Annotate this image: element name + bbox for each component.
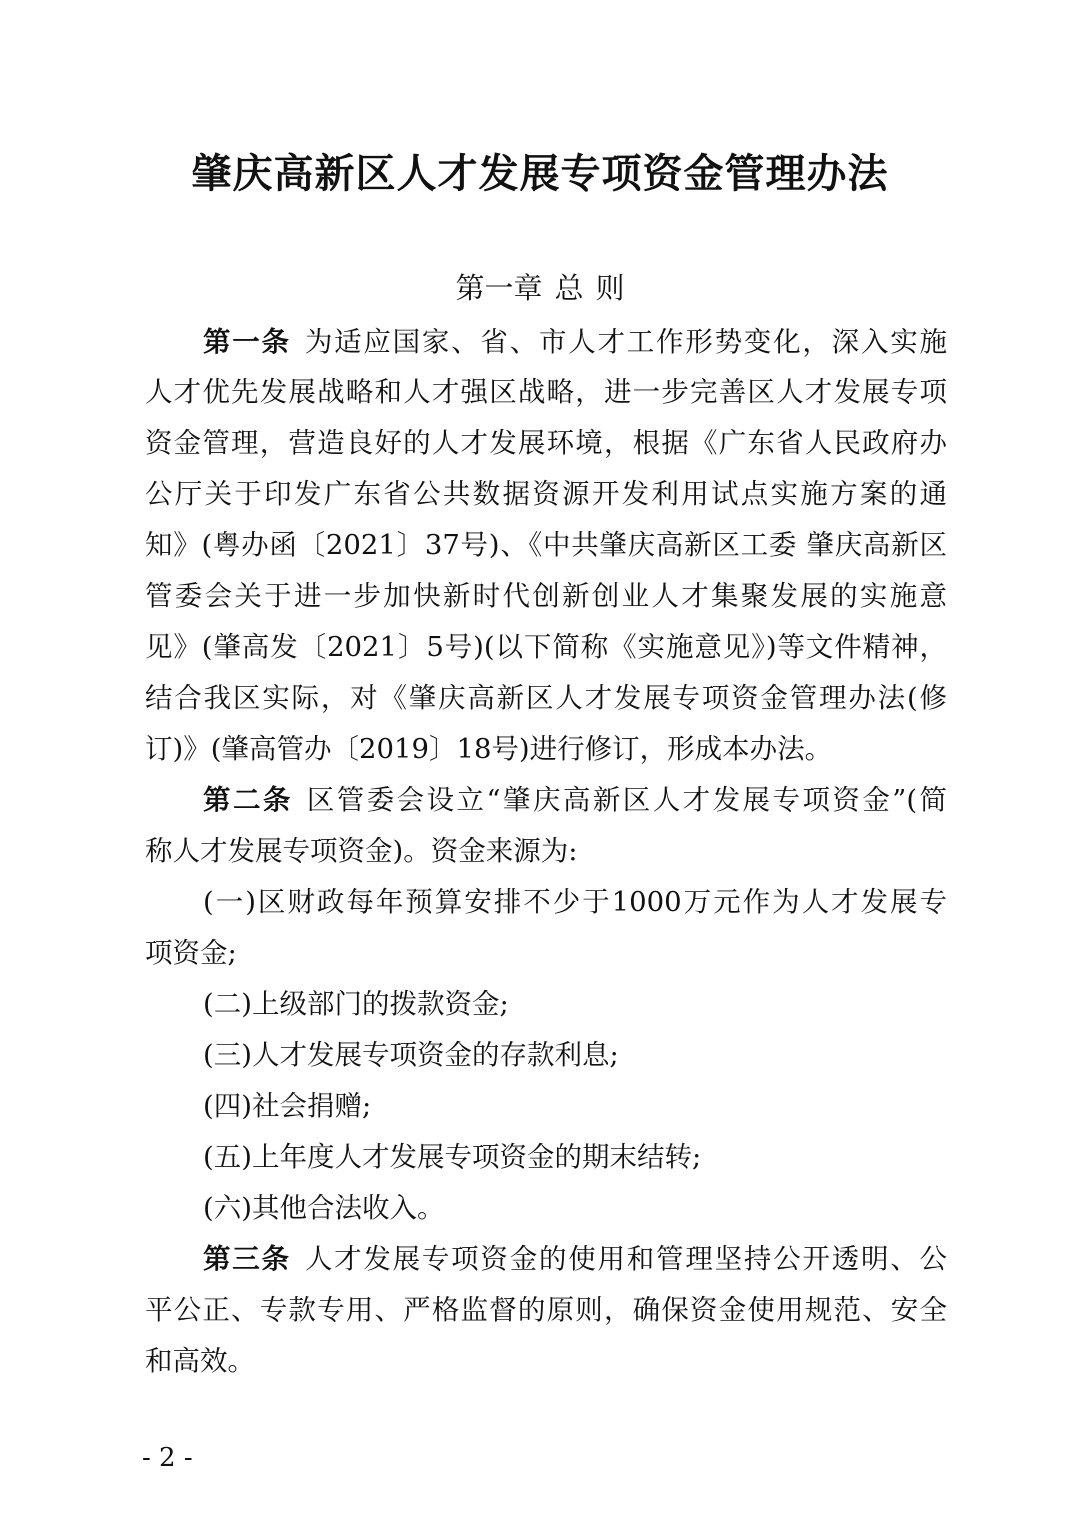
fund-source-item-4: (四)社会捐赠; <box>203 1086 947 1126</box>
article-2-line-2: 称人才发展专项资金)。资金来源为: <box>145 831 947 871</box>
article-3-line-2: 平公正、专款专用、严格监督的原则，确保资金使用规范、安全 <box>145 1290 947 1330</box>
fund-source-item-2: (二)上级部门的拨款资金; <box>203 984 947 1024</box>
article-1-line-7: 见》(肇高发〔2021〕5号)(以下简称《实施意见》)等文件精神， <box>145 627 947 667</box>
article-text: 区管委会设立“肇庆高新区人才发展专项资金”(简 <box>307 784 947 816</box>
fund-source-item-3: (三)人才发展专项资金的存款利息; <box>203 1035 947 1075</box>
article-text: 人才发展专项资金的使用和管理坚持公开透明、公 <box>305 1243 947 1275</box>
article-1-label: 第一条 <box>203 326 291 358</box>
article-3-label: 第三条 <box>203 1243 291 1275</box>
fund-source-item-5: (五)上年度人才发展专项资金的期末结转; <box>203 1137 947 1177</box>
article-2-line-1: 第二条区管委会设立“肇庆高新区人才发展专项资金”(简 <box>203 780 947 820</box>
article-1-line-2: 人才优先发展战略和人才强区战略，进一步完善区人才发展专项 <box>145 372 947 412</box>
article-1-line-4: 公厅关于印发广东省公共数据资源开发利用试点实施方案的通 <box>145 474 947 514</box>
chapter-label: 第一章 <box>455 271 542 305</box>
article-1-line-1: 第一条为适应国家、省、市人才工作形势变化，深入实施 <box>203 322 947 362</box>
article-1-line-5: 知》(粤办函〔2021〕37号)、《中共肇庆高新区工委 肇庆高新区 <box>145 525 947 565</box>
fund-source-item-6: (六)其他合法收入。 <box>203 1188 947 1228</box>
article-1-line-6: 管委会关于进一步加快新时代创新创业人才集聚发展的实施意 <box>145 576 947 616</box>
article-text: 为适应国家、省、市人才工作形势变化，深入实施 <box>305 326 947 358</box>
article-1-line-9: 订)》(肇高管办〔2019〕18号)进行修订，形成本办法。 <box>145 729 947 769</box>
article-3-line-1: 第三条人才发展专项资金的使用和管理坚持公开透明、公 <box>203 1239 947 1279</box>
document-title: 肇庆高新区人才发展专项资金管理办法 <box>0 148 1080 200</box>
chapter-name-1: 总 <box>554 271 583 305</box>
chapter-name-2: 则 <box>596 271 625 305</box>
article-1-line-3: 资金管理，营造良好的人才发展环境，根据《广东省人民政府办 <box>145 423 947 463</box>
document-page: 肇庆高新区人才发展专项资金管理办法 第一章总则 第一条为适应国家、省、市人才工作… <box>0 0 1080 1529</box>
article-3-line-3: 和高效。 <box>145 1341 947 1381</box>
chapter-heading: 第一章总则 <box>0 266 1080 310</box>
article-1-line-8: 结合我区实际，对《肇庆高新区人才发展专项资金管理办法(修 <box>145 678 947 718</box>
page-number: - 2 - <box>142 1440 193 1476</box>
article-2-label: 第二条 <box>203 784 293 816</box>
fund-source-item-1-line-1: (一)区财政每年预算安排不少于1000万元作为人才发展专 <box>203 882 947 922</box>
fund-source-item-1-line-2: 项资金; <box>145 933 947 973</box>
